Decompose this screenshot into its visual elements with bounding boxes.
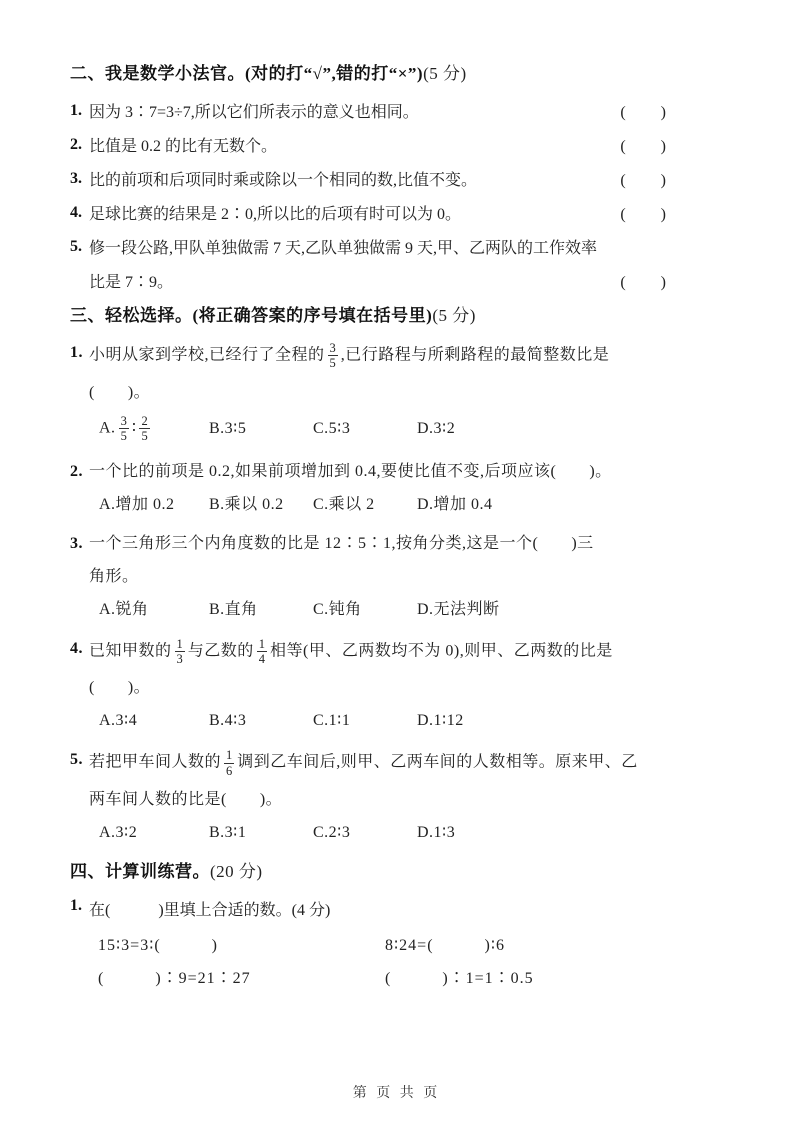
section-calc-points: (20 分) (210, 862, 263, 881)
fill-blank-3: ( )∶9=21∶27 (98, 967, 385, 990)
judge-item-text: 因为 3∶7=3÷7,所以它们所表示的意义也相同。 (89, 99, 620, 122)
item-number: 3. (70, 532, 89, 555)
option-b: B.乘以 0.2 (209, 493, 313, 516)
options-row: A.3∶4 B.4∶3 C.1∶1 D.1∶12 (70, 709, 729, 732)
page-footer: 第 页 共 页 (0, 1082, 793, 1102)
options-row: A.35∶25 B.3∶5 C.5∶3 D.3∶2 (70, 414, 729, 444)
fraction: 35 (328, 341, 338, 371)
section-judge-heading: 二、我是数学小法官。(对的打“√”,错的打“×”)(5 分) (70, 62, 729, 85)
section-calc-title: 四、计算训练营。 (70, 862, 210, 881)
question-stem: 1. 小明从家到学校,已经行了全程的35,已行路程与所剩路程的最简整数比是 (70, 341, 729, 371)
option-c: C.乘以 2 (313, 493, 417, 516)
judge-item-5-line2: 比是 7∶9。 ( ) (70, 269, 729, 292)
option-c: C.2∶3 (313, 821, 417, 844)
choice-question-3: 3. 一个三角形三个内角度数的比是 12∶5∶1,按角分类,这是一个( )三 角… (70, 532, 729, 621)
fraction: 25 (139, 414, 149, 444)
section-calc-heading: 四、计算训练营。(20 分) (70, 860, 729, 883)
question-stem-text: 若把甲车间人数的16调到乙车间后,则甲、乙两车间的人数相等。原来甲、乙 (89, 748, 729, 778)
question-stem: 5. 若把甲车间人数的16调到乙车间后,则甲、乙两车间的人数相等。原来甲、乙 (70, 748, 729, 778)
item-number: 4. (70, 637, 89, 667)
answer-bracket: ( ) (620, 269, 667, 292)
option-d: D.无法判断 (417, 598, 729, 621)
indent-spacer (70, 788, 89, 811)
fill-blank-1: 15∶3=3∶( ) (98, 934, 385, 957)
indent-spacer (70, 565, 89, 588)
question-stem-continuation: 角形。 (70, 565, 729, 588)
judge-item-text: 修一段公路,甲队单独做需 7 天,乙队单独做需 9 天,甲、乙两队的工作效率 (89, 235, 729, 258)
option-c: C.钝角 (313, 598, 417, 621)
question-stem-continuation: ( )。 (70, 676, 729, 699)
choice-question-5: 5. 若把甲车间人数的16调到乙车间后,则甲、乙两车间的人数相等。原来甲、乙 两… (70, 748, 729, 844)
judge-item-text: 比值是 0.2 的比有无数个。 (89, 133, 620, 156)
fill-blank-2: 8∶24=( )∶6 (385, 934, 729, 957)
indent-spacer (70, 381, 89, 404)
answer-bracket: ( ) (620, 133, 667, 156)
question-stem-text: 角形。 (89, 565, 729, 588)
options-row: A.增加 0.2 B.乘以 0.2 C.乘以 2 D.增加 0.4 (70, 493, 729, 516)
section-judge: 二、我是数学小法官。(对的打“√”,错的打“×”)(5 分) 1. 因为 3∶7… (70, 62, 729, 292)
judge-item-4: 4. 足球比赛的结果是 2∶0,所以比的后项有时可以为 0。 ( ) (70, 201, 729, 224)
option-b: B.4∶3 (209, 709, 313, 732)
option-c: C.5∶3 (313, 417, 417, 440)
section-choice: 三、轻松选择。(将正确答案的序号填在括号里)(5 分) 1. 小明从家到学校,已… (70, 304, 729, 844)
answer-bracket: ( ) (620, 167, 667, 190)
judge-item-text: 比的前项和后项同时乘或除以一个相同的数,比值不变。 (89, 167, 620, 190)
choice-question-2: 2. 一个比的前项是 0.2,如果前项增加到 0.4,要使比值不变,后项应该( … (70, 460, 729, 516)
option-d: D.1∶3 (417, 821, 729, 844)
judge-item-3: 3. 比的前项和后项同时乘或除以一个相同的数,比值不变。 ( ) (70, 167, 729, 190)
judge-item-5-line1: 5. 修一段公路,甲队单独做需 7 天,乙队单独做需 9 天,甲、乙两队的工作效… (70, 235, 729, 258)
option-b: B.3∶5 (209, 417, 313, 440)
question-stem: 4. 已知甲数的13与乙数的14相等(甲、乙两数均不为 0),则甲、乙两数的比是 (70, 637, 729, 667)
option-d: D.3∶2 (417, 417, 729, 440)
section-judge-points: (5 分) (423, 64, 467, 83)
question-stem-continuation: 两车间人数的比是( )。 (70, 788, 729, 811)
section-calc: 四、计算训练营。(20 分) 1. 在( )里填上合适的数。(4 分) 15∶3… (70, 860, 729, 990)
question-stem-text: 一个比的前项是 0.2,如果前项增加到 0.4,要使比值不变,后项应该( )。 (89, 460, 729, 483)
fill-blank-4: ( )∶1=1∶0.5 (385, 967, 729, 990)
choice-question-4: 4. 已知甲数的13与乙数的14相等(甲、乙两数均不为 0),则甲、乙两数的比是… (70, 637, 729, 733)
fill-blank-grid: 15∶3=3∶( ) 8∶24=( )∶6 ( )∶9=21∶27 ( )∶1=… (70, 934, 729, 990)
calc-subquestion-1: 1. 在( )里填上合适的数。(4 分) (70, 897, 729, 920)
section-choice-points: (5 分) (432, 306, 476, 325)
item-number: 1. (70, 897, 89, 920)
option-d: D.增加 0.4 (417, 493, 729, 516)
question-stem-continuation: ( )。 (70, 381, 729, 404)
item-number: 1. (70, 341, 89, 371)
option-a: A.3∶2 (99, 821, 209, 844)
option-d: D.1∶12 (417, 709, 729, 732)
question-stem-text: ( )。 (89, 676, 729, 699)
answer-bracket: ( ) (620, 201, 667, 224)
question-stem-text: 两车间人数的比是( )。 (89, 788, 729, 811)
option-a: A.35∶25 (99, 414, 209, 444)
answer-bracket: ( ) (620, 99, 667, 122)
item-number: 2. (70, 460, 89, 483)
item-number: 1. (70, 102, 89, 120)
indent-spacer (70, 676, 89, 699)
fraction: 16 (224, 748, 234, 778)
fraction: 35 (119, 414, 129, 444)
question-stem: 3. 一个三角形三个内角度数的比是 12∶5∶1,按角分类,这是一个( )三 (70, 532, 729, 555)
question-stem: 2. 一个比的前项是 0.2,如果前项增加到 0.4,要使比值不变,后项应该( … (70, 460, 729, 483)
calc-subquestion-text: 在( )里填上合适的数。(4 分) (89, 897, 729, 920)
item-number: 4. (70, 204, 89, 222)
worksheet-page: 二、我是数学小法官。(对的打“√”,错的打“×”)(5 分) 1. 因为 3∶7… (0, 0, 793, 1122)
judge-item-2: 2. 比值是 0.2 的比有无数个。 ( ) (70, 133, 729, 156)
judge-item-1: 1. 因为 3∶7=3÷7,所以它们所表示的意义也相同。 ( ) (70, 99, 729, 122)
section-judge-title: 二、我是数学小法官。(对的打“√”,错的打“×”) (70, 64, 423, 83)
section-choice-title: 三、轻松选择。(将正确答案的序号填在括号里) (70, 306, 432, 325)
option-c: C.1∶1 (313, 709, 417, 732)
item-number: 5. (70, 238, 89, 256)
option-a: A.3∶4 (99, 709, 209, 732)
options-row: A.3∶2 B.3∶1 C.2∶3 D.1∶3 (70, 821, 729, 844)
option-b: B.直角 (209, 598, 313, 621)
item-number: 2. (70, 136, 89, 154)
question-stem-text: 已知甲数的13与乙数的14相等(甲、乙两数均不为 0),则甲、乙两数的比是 (89, 637, 729, 667)
question-stem-text: 一个三角形三个内角度数的比是 12∶5∶1,按角分类,这是一个( )三 (89, 532, 729, 555)
section-choice-heading: 三、轻松选择。(将正确答案的序号填在括号里)(5 分) (70, 304, 729, 327)
option-a: A.锐角 (99, 598, 209, 621)
question-stem-text: ( )。 (89, 381, 729, 404)
option-b: B.3∶1 (209, 821, 313, 844)
choice-question-1: 1. 小明从家到学校,已经行了全程的35,已行路程与所剩路程的最简整数比是 ( … (70, 341, 729, 444)
question-stem-text: 小明从家到学校,已经行了全程的35,已行路程与所剩路程的最简整数比是 (89, 341, 729, 371)
judge-item-text: 比是 7∶9。 (89, 269, 620, 292)
item-number: 5. (70, 748, 89, 778)
option-a: A.增加 0.2 (99, 493, 209, 516)
options-row: A.锐角 B.直角 C.钝角 D.无法判断 (70, 598, 729, 621)
fraction: 14 (257, 637, 267, 667)
fraction: 13 (175, 637, 185, 667)
item-number: 3. (70, 170, 89, 188)
judge-item-text: 足球比赛的结果是 2∶0,所以比的后项有时可以为 0。 (89, 201, 620, 224)
